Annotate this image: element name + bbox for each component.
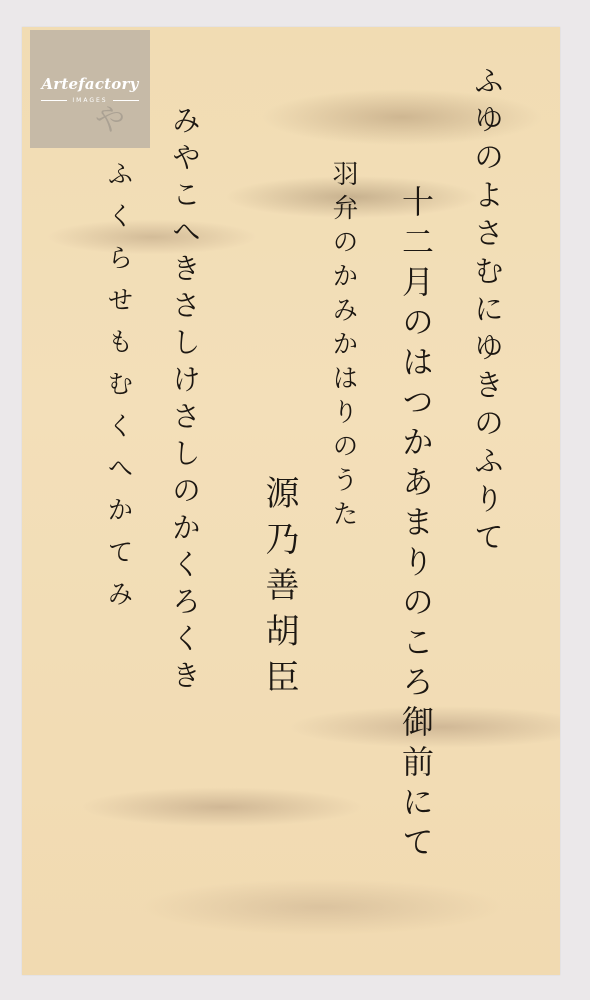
divider-line bbox=[113, 100, 139, 101]
watermark-subtitle-row: IMAGES bbox=[41, 97, 138, 104]
watermark-subtitle: IMAGES bbox=[72, 97, 107, 104]
watermark-title: Artefactory bbox=[41, 75, 138, 93]
divider-line bbox=[41, 100, 67, 101]
calligraphy-column-3: 羽弁のかみかはりのうた bbox=[330, 160, 356, 534]
calligraphy-column-1: ふゆのよさむにゆきのふりて bbox=[470, 65, 500, 559]
calligraphy-column-5: みやこへきさしけさしのかくろくき bbox=[170, 105, 199, 697]
calligraphy-column-2: 十二月のはつかあまりのころ御前にて bbox=[400, 185, 432, 865]
watermark: Artefactory IMAGES bbox=[30, 30, 150, 148]
author-signature: 源乃善胡臣 bbox=[262, 475, 296, 705]
calligraphy-column-6: ふくらせもむくへかてみ bbox=[105, 160, 131, 622]
